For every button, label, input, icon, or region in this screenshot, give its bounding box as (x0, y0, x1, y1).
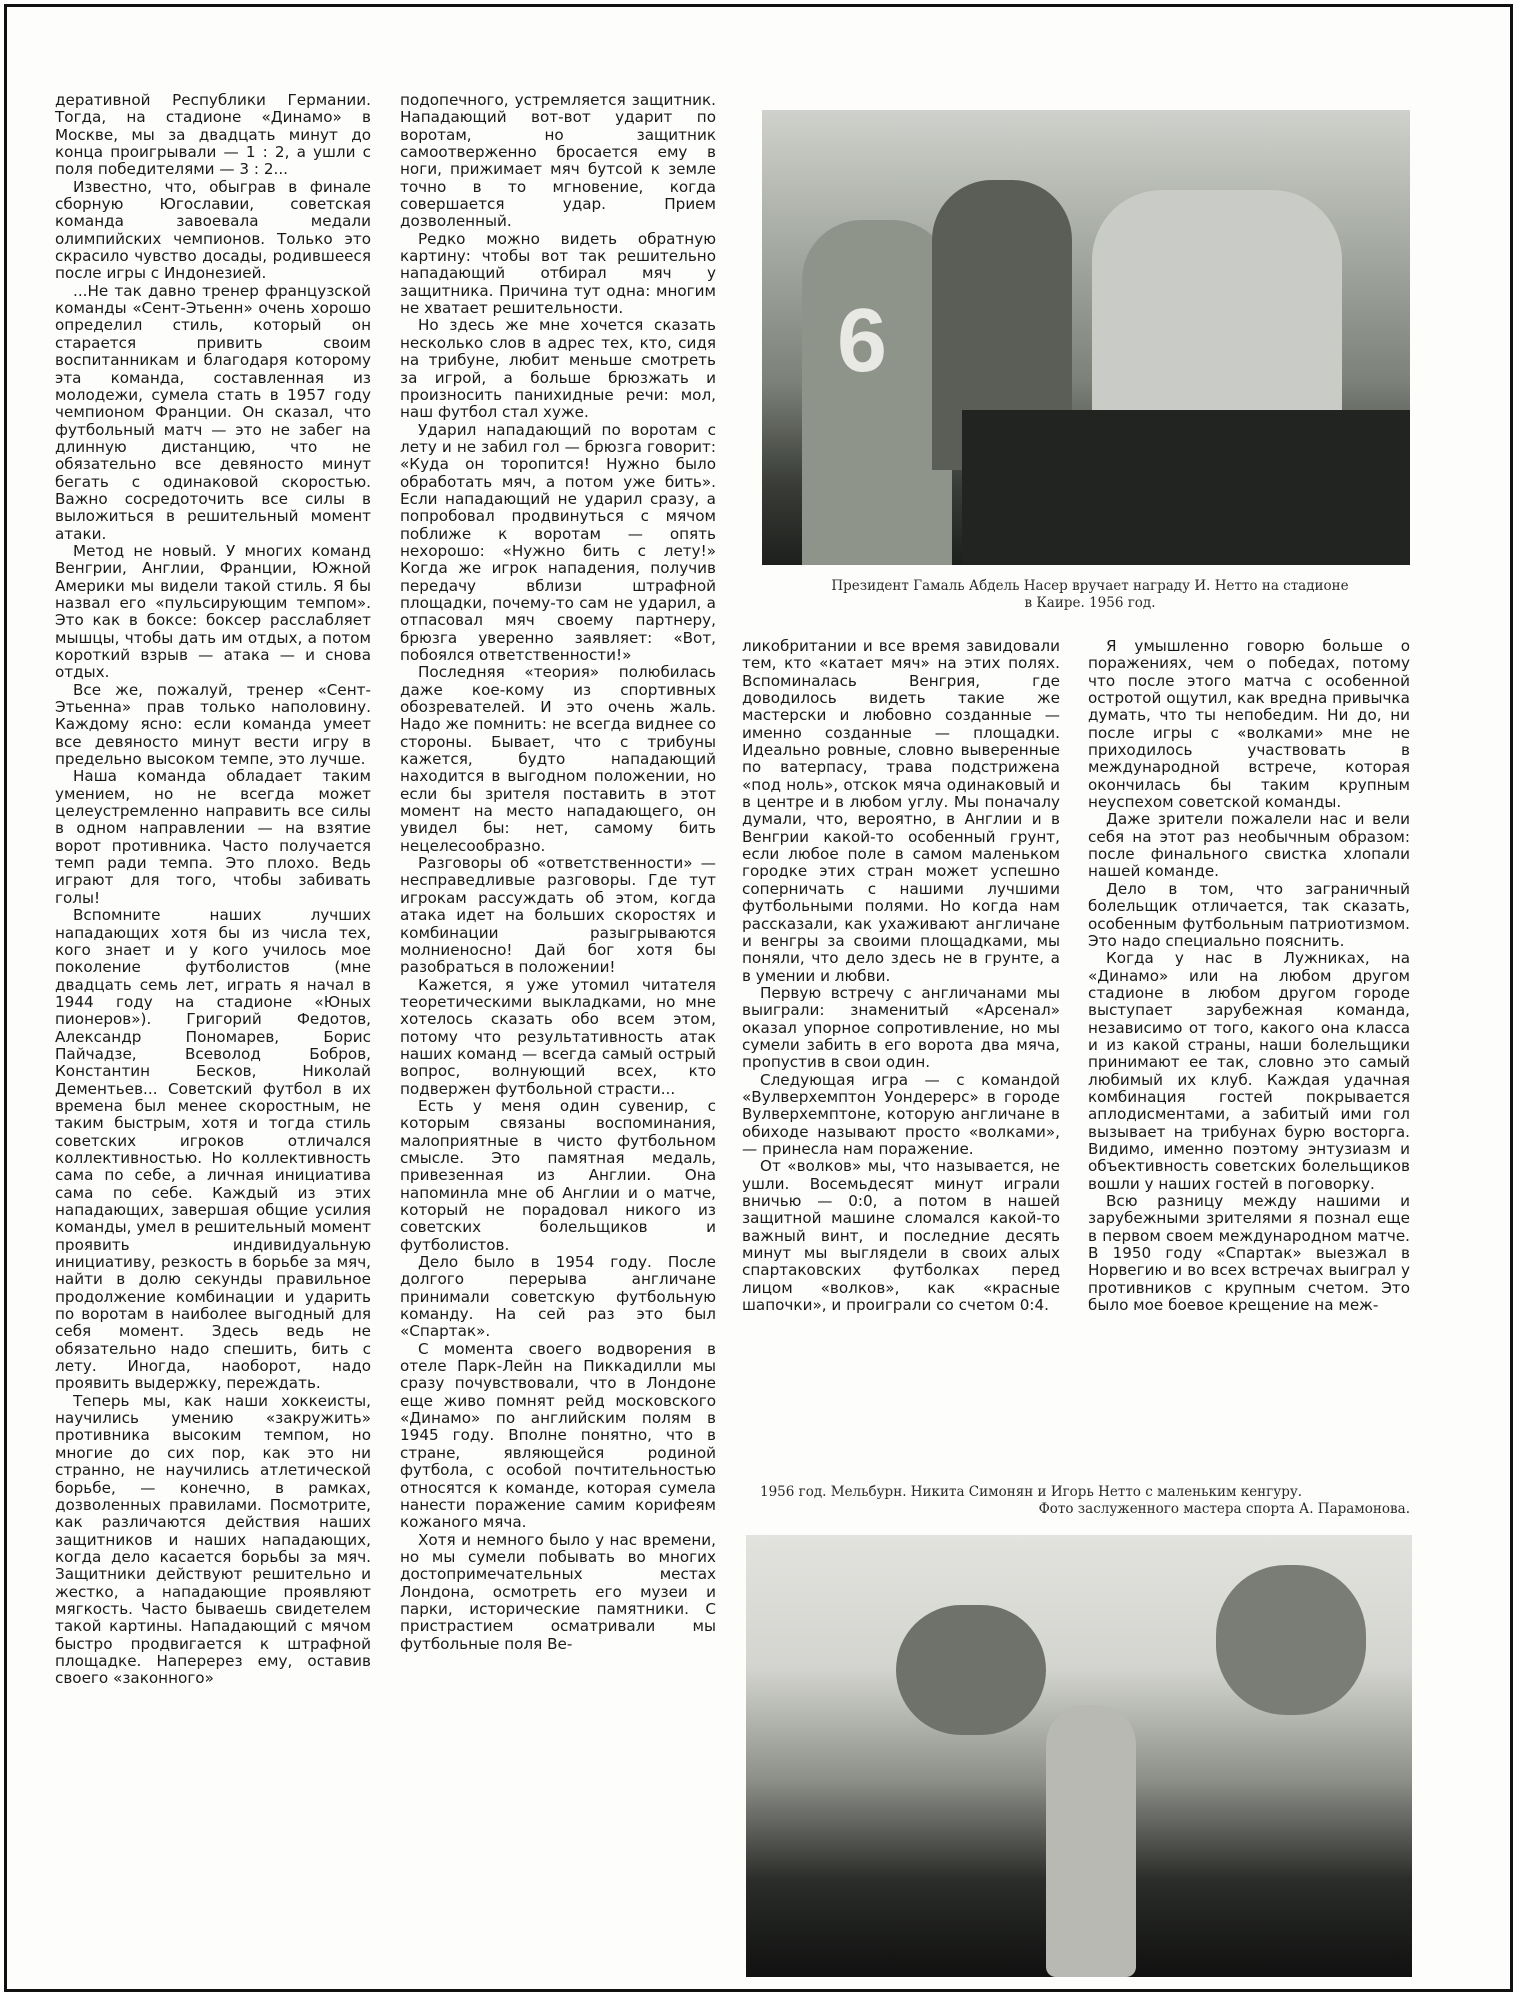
paragraph: Теперь мы, как наши хоккеисты, научились… (55, 1393, 371, 1688)
paragraph: Вспомните наших лучших нападающих хотя б… (55, 907, 371, 1393)
caption-line: Фото заслуженного мастера спорта А. Пара… (760, 1501, 1410, 1518)
paragraph: ликобритании и все время завидовали тем,… (742, 638, 1060, 985)
paragraph: Даже зрители пожалели нас и вели себя на… (1088, 811, 1410, 880)
netto-head (1216, 1565, 1366, 1715)
paragraph: С момента своего водворения в отеле Парк… (400, 1341, 716, 1532)
paragraph: Все же, пожалуй, тренер «Сент-Этьенна» п… (55, 682, 371, 769)
paragraph: Есть у меня один сувенир, с которым связ… (400, 1098, 716, 1254)
jersey-number: 6 (837, 290, 887, 393)
paragraph: Следующая игра — с командой «Вулверхемпт… (742, 1072, 1060, 1159)
paragraph: Наша команда обладает таким умением, но … (55, 768, 371, 907)
text-column-3: ликобритании и все время завидовали тем,… (742, 638, 1060, 1314)
caption-line: в Каире. 1956 год. (770, 595, 1410, 612)
paragraph: Дело было в 1954 году. После долгого пер… (400, 1254, 716, 1341)
photo-caption-1: Президент Гамаль Абдель Насер вручает на… (770, 578, 1410, 612)
paragraph: Хотя и немного было у нас времени, но мы… (400, 1532, 716, 1653)
paragraph: Известно, что, обыграв в финале сборную … (55, 179, 371, 283)
paragraph: Редко можно видеть обратную картину: что… (400, 231, 716, 318)
paragraph: Я умышленно говорю больше о поражениях, … (1088, 638, 1410, 811)
paragraph: От «волков» мы, что называется, не ушли.… (742, 1158, 1060, 1314)
paragraph: подопечного, устремляется защитник. Напа… (400, 92, 716, 231)
paragraph: Разговоры об «ответственности» — несправ… (400, 855, 716, 976)
text-column-1: деративной Республики Германии. Тогда, н… (55, 92, 371, 1688)
photo-caption-2: 1956 год. Мельбурн. Никита Симонян и Иго… (760, 1484, 1410, 1518)
caption-line: 1956 год. Мельбурн. Никита Симонян и Иго… (760, 1484, 1410, 1501)
paragraph: Кажется, я уже утомил читателя теоретиче… (400, 977, 716, 1098)
paragraph: ...Не так давно тренер французской коман… (55, 283, 371, 543)
paragraph: Дело в том, что заграничный болельщик от… (1088, 881, 1410, 950)
paragraph: Всю разницу между нашими и зарубежными з… (1088, 1193, 1410, 1314)
text-column-2: подопечного, устремляется защитник. Напа… (400, 92, 716, 1653)
paragraph: Когда у нас в Лужниках, на «Динамо» или … (1088, 950, 1410, 1193)
table (962, 410, 1410, 565)
paragraph: деративной Республики Германии. Тогда, н… (55, 92, 371, 179)
paragraph: Метод не новый. У многих команд Венгрии,… (55, 543, 371, 682)
text-column-4: Я умышленно говорю больше о поражениях, … (1088, 638, 1410, 1314)
simonian-head (896, 1605, 1046, 1735)
paragraph: Первую встречу с англичанами мы выиграли… (742, 985, 1060, 1072)
kangaroo (1046, 1705, 1136, 1977)
paragraph: Последняя «теория» полюбилась даже кое-к… (400, 664, 716, 855)
paragraph: Но здесь же мне хочется сказать нескольк… (400, 317, 716, 421)
paragraph: Ударил нападающий по воротам с лету и не… (400, 422, 716, 665)
photo-nasser-award: 6 (762, 110, 1410, 565)
caption-line: Президент Гамаль Абдель Насер вручает на… (770, 578, 1410, 595)
photo-melbourne-kangaroo (746, 1535, 1412, 1977)
